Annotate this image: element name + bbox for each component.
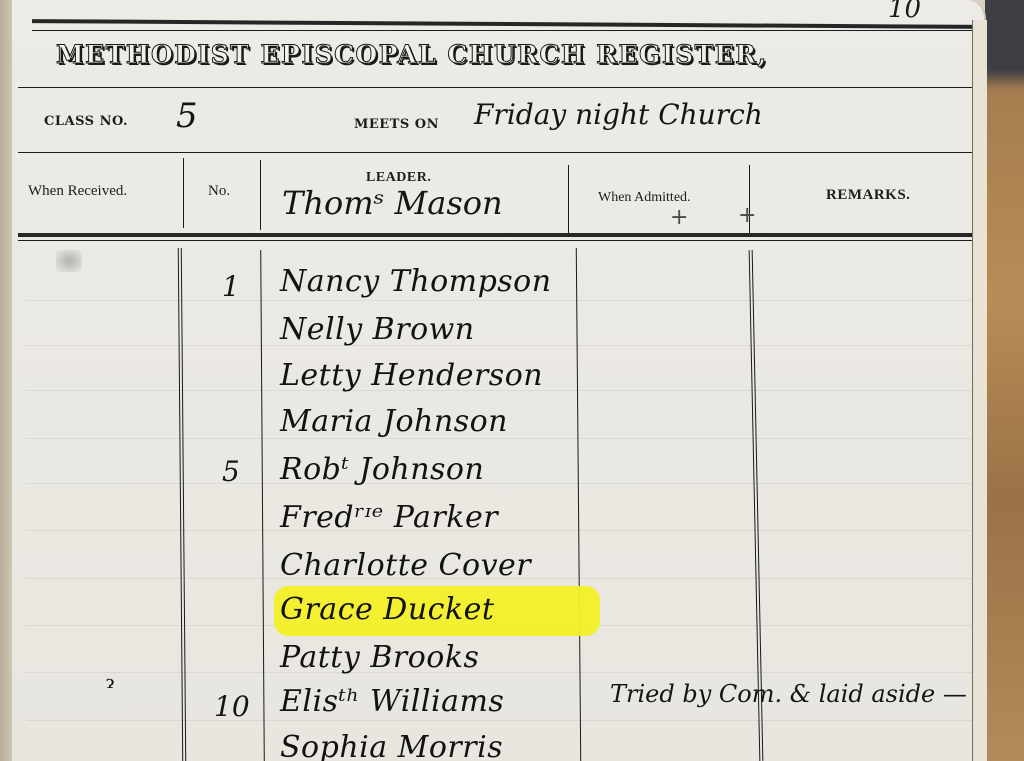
entry-name: Letty Henderson — [280, 358, 543, 393]
entry-number: 5 — [222, 455, 240, 488]
title-underline — [18, 87, 982, 88]
admitted-mark-1: + — [670, 205, 688, 230]
page-number: 10 — [888, 0, 921, 24]
body-divider-1 — [178, 248, 186, 761]
leader-name: Thomˢ Mason — [282, 184, 503, 222]
entry-name: Maria Johnson — [280, 404, 508, 439]
header-divider-3 — [568, 165, 569, 233]
header-bottom-rule-inner — [18, 240, 982, 241]
admitted-mark-2: + — [738, 203, 756, 228]
entry-name: Nancy Thompson — [280, 264, 552, 299]
entry-name: Fredʳᶦᵉ Parker — [280, 500, 498, 535]
entry-number: 10 — [214, 690, 250, 723]
entry-name: Nelly Brown — [280, 312, 475, 347]
when-admitted-header: When Admitted. — [598, 190, 691, 206]
meets-on-value: Friday night Church — [474, 98, 763, 131]
entry-name: Elisᵗʰ Williams — [280, 684, 504, 719]
number-header: No. — [208, 183, 230, 200]
header-divider-1 — [183, 158, 184, 228]
header-bottom-rule — [18, 233, 982, 237]
ink-smudge — [56, 250, 82, 272]
body-divider-3 — [576, 248, 581, 761]
entry-name: Charlotte Cover — [280, 548, 531, 583]
register-title: METHODIST EPISCOPAL CHURCH REGISTER, — [56, 40, 976, 69]
entry-remark: Tried by Com. & laid aside — — [610, 680, 967, 708]
entry-name: Sophia Morris — [280, 730, 503, 761]
meets-on-label: MEETS ON — [354, 117, 439, 132]
page-edge — [972, 20, 987, 761]
top-border-rule-inner — [32, 30, 982, 31]
margin-ink-mark: ɂ — [106, 672, 114, 693]
header-divider-2 — [260, 160, 261, 230]
class-number-value: 5 — [176, 96, 198, 136]
entry-name: Patty Brooks — [280, 640, 479, 675]
entry-name-highlighted: Grace Ducket — [280, 592, 494, 627]
top-border-rule — [32, 19, 982, 29]
entry-name: Robᵗ Johnson — [280, 452, 484, 487]
desk-background — [985, 0, 1024, 761]
remarks-header: REMARKS. — [826, 187, 910, 204]
body-divider-2 — [260, 250, 265, 761]
class-row-underline — [18, 152, 982, 153]
when-received-header: When Received. — [28, 183, 127, 200]
register-page: 10 METHODIST EPISCOPAL CHURCH REGISTER, … — [12, 0, 986, 761]
class-number-label: CLASS NO. — [44, 114, 128, 129]
entry-number: 1 — [222, 270, 240, 303]
